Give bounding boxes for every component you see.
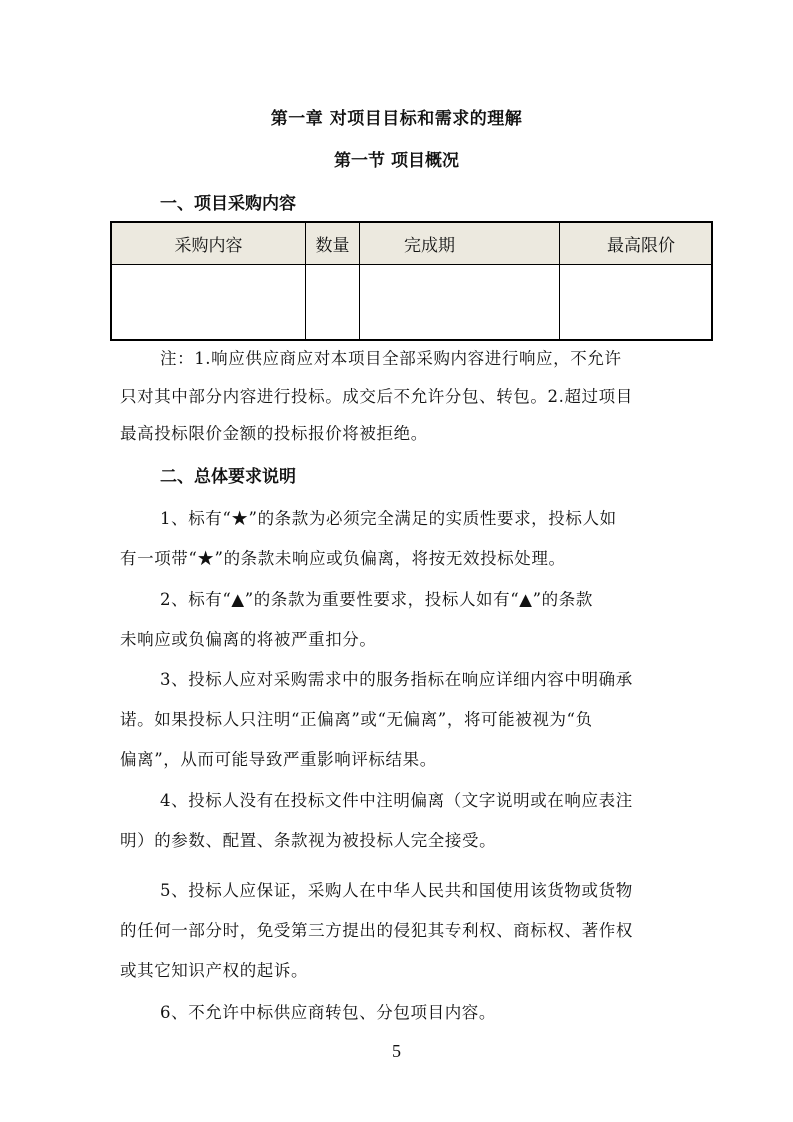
requirement-line: 5、投标人应保证，采购人在中华人民共和国使用该货物或货物: [160, 877, 633, 901]
requirement-line: 未响应或负偏离的将被严重扣分。: [120, 626, 377, 650]
requirement-line: 4、投标人没有在投标文件中注明偏离（文字说明或在响应表注: [160, 787, 633, 811]
column-header-completion-date: 完成期: [360, 222, 560, 265]
requirement-line: 明）的参数、配置、条款视为被投标人完全接受。: [120, 827, 496, 851]
requirement-line: 有一项带“★”的条款未响应或负偏离，将按无效投标处理。: [120, 545, 566, 569]
requirement-line: 的任何一部分时，免受第三方提出的侵犯其专利权、商标权、著作权: [120, 917, 633, 941]
column-header-max-price: 最高限价: [560, 222, 713, 265]
procurement-table: 采购内容 数量 完成期 最高限价: [110, 221, 713, 341]
section-title: 第一节 项目概况: [0, 146, 793, 171]
cell-content: [111, 265, 306, 341]
chapter-title: 第一章 对项目目标和需求的理解: [0, 104, 793, 129]
table-row: [111, 265, 712, 341]
column-header-quantity: 数量: [306, 222, 360, 265]
requirement-line: 2、标有“▲”的条款为重要性要求，投标人如有“▲”的条款: [160, 586, 593, 610]
requirement-line: 诺。如果投标人只注明“正偏离”或“无偏离”，将可能被视为“负: [120, 706, 593, 730]
requirement-line: 1、标有“★”的条款为必须完全满足的实质性要求，投标人如: [160, 505, 617, 529]
page-number: 5: [0, 1041, 793, 1062]
heading-procurement-content: 一、项目采购内容: [160, 189, 296, 214]
note-line: 只对其中部分内容进行投标。成交后不允许分包、转包。2.超过项目: [120, 383, 633, 407]
heading-general-requirements: 二、总体要求说明: [160, 462, 296, 487]
cell-max-price: [560, 265, 713, 341]
note-line: 注：1.响应供应商应对本项目全部采购内容进行响应，不允许: [160, 345, 622, 369]
cell-completion-date: [360, 265, 560, 341]
requirement-line: 3、投标人应对采购需求中的服务指标在响应详细内容中明确承: [160, 666, 633, 690]
requirement-line: 6、不允许中标供应商转包、分包项目内容。: [160, 999, 496, 1023]
requirement-line: 偏离”，从而可能导致严重影响评标结果。: [120, 746, 437, 770]
cell-quantity: [306, 265, 360, 341]
requirement-line: 或其它知识产权的起诉。: [120, 957, 308, 981]
column-header-content: 采购内容: [111, 222, 306, 265]
note-line: 最高投标限价金额的投标报价将被拒绝。: [120, 420, 428, 444]
table-header-row: 采购内容 数量 完成期 最高限价: [111, 222, 712, 265]
